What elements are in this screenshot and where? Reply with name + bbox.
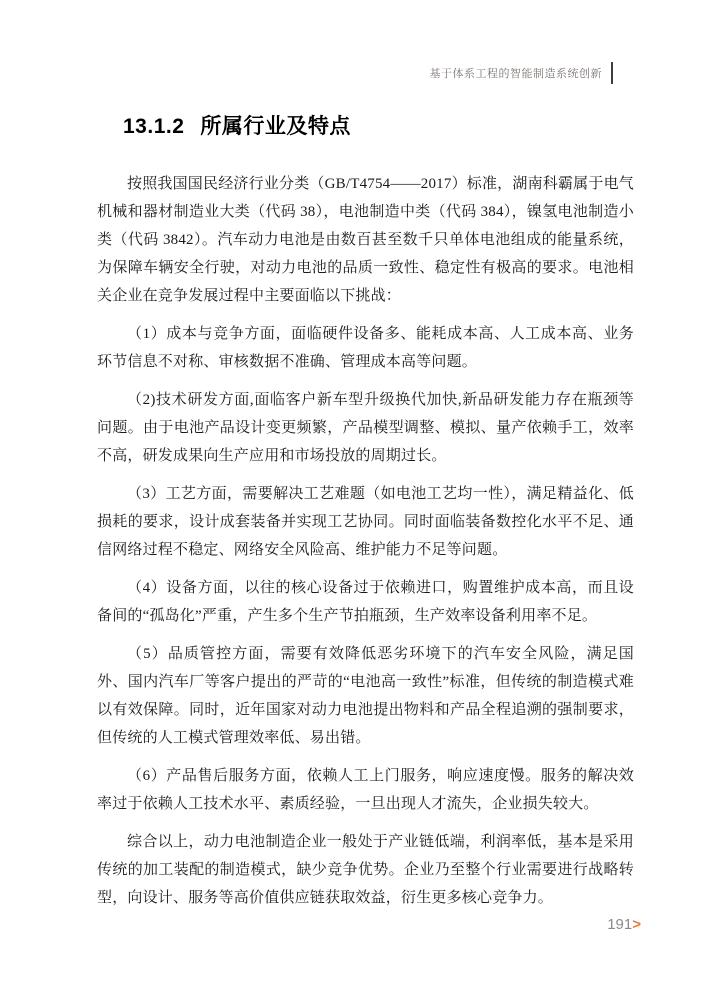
page-footer: 191> — [607, 916, 641, 933]
page-number: 191 — [607, 916, 632, 933]
body-paragraph: （1）成本与竞争方面，面临硬件设备多、能耗成本高、人工成本高、业务环节信息不对称… — [97, 320, 634, 376]
page-number-arrow-icon: > — [632, 916, 641, 933]
section-number: 13.1.2 — [123, 115, 184, 138]
body-paragraph: 综合以上，动力电池制造企业一般处于产业链低端，利润率低，基本是采用传统的加工装配… — [97, 828, 634, 912]
section-title: 所属行业及特点 — [200, 115, 351, 138]
body-paragraph: （6）产品售后服务方面，依赖人工上门服务，响应速度慢。服务的解决效率过于依赖人工… — [97, 762, 634, 818]
body-paragraph: （5）品质管控方面，需要有效降低恶劣环境下的汽车安全风险，满足国外、国内汽车厂等… — [97, 640, 634, 752]
body-content: 按照我国国民经济行业分类（GB/T4754——2017）标准，湖南科霸属于电气机… — [97, 170, 634, 922]
body-paragraph: （2)技术研发方面,面临客户新车型升级换代加快,新品研发能力存在瓶颈等问题。由于… — [97, 386, 634, 470]
body-paragraph: （4）设备方面，以往的核心设备过于依赖进口，购置维护成本高，而且设备间的“孤岛化… — [97, 574, 634, 630]
section-heading: 13.1.2所属行业及特点 — [123, 110, 351, 140]
running-header: 基于体系工程的智能制造系统创新 — [430, 62, 614, 84]
running-header-title: 基于体系工程的智能制造系统创新 — [430, 65, 603, 81]
body-paragraph: 按照我国国民经济行业分类（GB/T4754——2017）标准，湖南科霸属于电气机… — [97, 170, 634, 310]
body-paragraph: （3）工艺方面，需要解决工艺难题（如电池工艺均一性），满足精益化、低损耗的要求，… — [97, 480, 634, 564]
header-divider-bar — [611, 62, 613, 84]
book-page: 基于体系工程的智能制造系统创新 13.1.2所属行业及特点 按照我国国民经济行业… — [0, 0, 721, 1005]
